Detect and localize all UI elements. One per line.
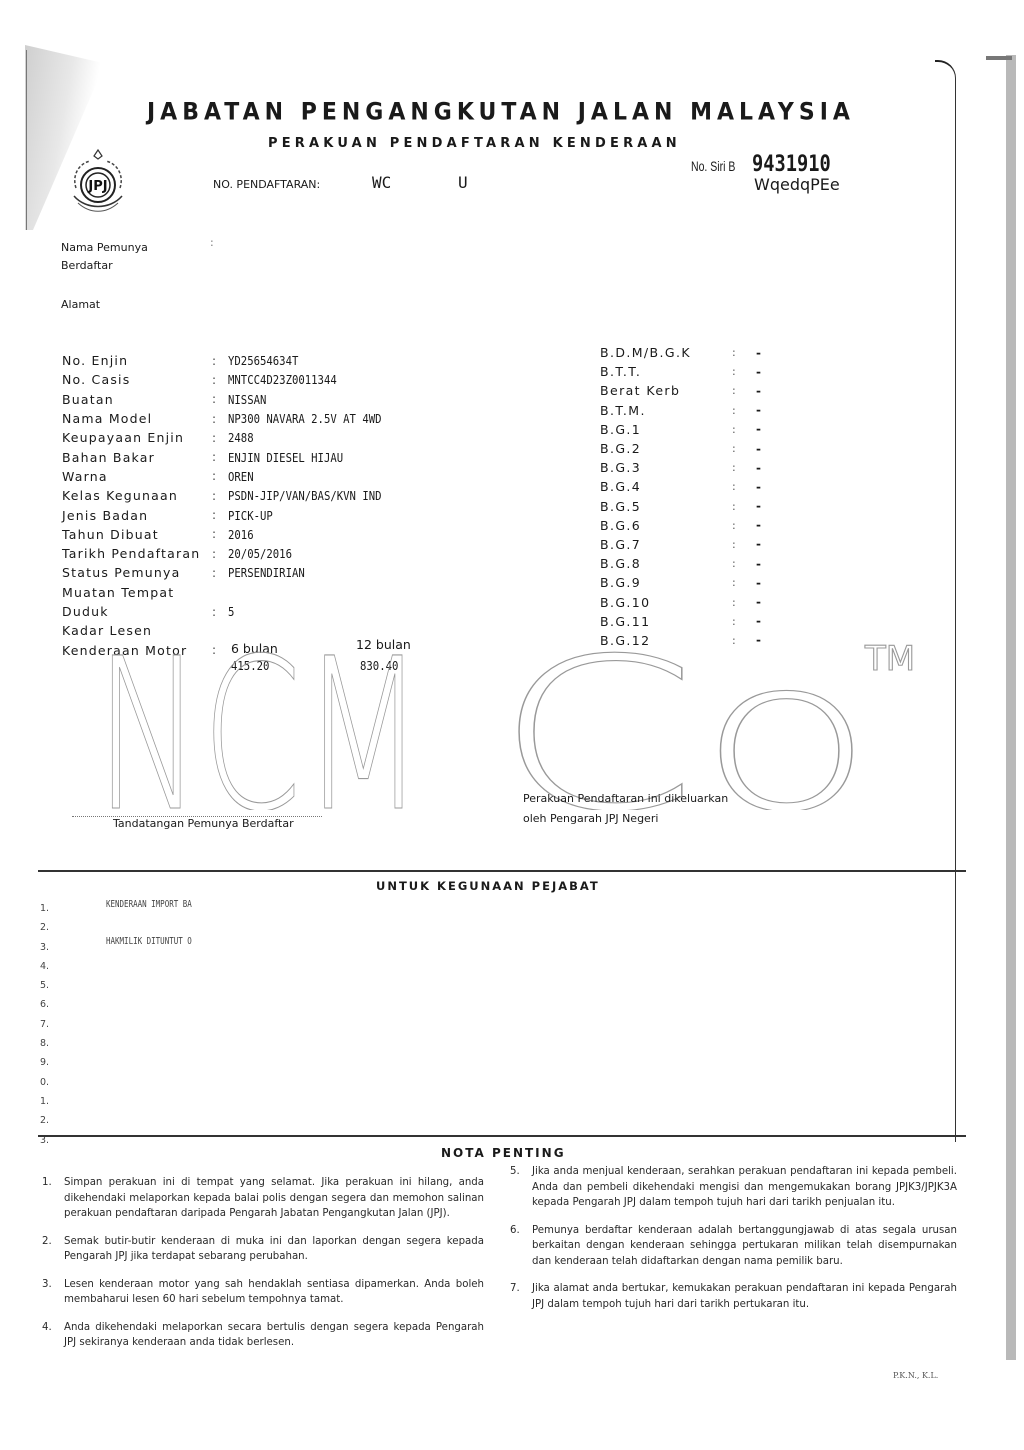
note-item: 3.Lesen kenderaan motor yang sah hendakl… <box>42 1277 484 1308</box>
detail-label: Kenderaan Motor <box>62 643 212 658</box>
weight-row: B.G.9:- <box>600 573 761 592</box>
detail-row: Keupayaan Enjin:2488 <box>62 428 409 447</box>
weight-label: B.T.M. <box>600 403 732 418</box>
weight-colon: : <box>732 519 756 532</box>
weight-row: B.G.12:- <box>600 631 761 650</box>
note-item: 2.Semak butir-butir kenderaan di muka in… <box>42 1234 484 1265</box>
detail-label: Tarikh Pendaftaran <box>62 546 212 561</box>
jpj-crest-icon: JPJ <box>68 148 128 216</box>
detail-colon: : <box>212 527 228 541</box>
document-title: PERAKUAN PENDAFTARAN KENDERAAN <box>268 136 681 151</box>
detail-value: MNTCC4D23Z0011344 <box>228 372 337 387</box>
office-line-numbers: 1.2.3.4.5.6.7.8.9.0.1.2.3. <box>40 903 49 1154</box>
detail-colon: : <box>212 450 228 464</box>
weight-value: - <box>756 576 761 590</box>
weight-label: B.G.9 <box>600 575 732 590</box>
address-label: Alamat <box>61 298 100 311</box>
detail-row: Duduk:5 <box>62 602 409 621</box>
weight-row: B.G.1:- <box>600 420 761 439</box>
owner-signature-label: Tandatangan Pemunya Berdaftar <box>113 817 294 830</box>
rate-6-month-label: 6 bulan <box>231 641 278 656</box>
detail-row: Jenis Badan:PICK-UP <box>62 505 409 524</box>
note-number: 5. <box>510 1164 532 1211</box>
office-line-number: 5. <box>40 980 49 999</box>
detail-label: Jenis Badan <box>62 508 212 523</box>
rate-12-month-value: 830.40 <box>360 658 398 673</box>
detail-colon: : <box>212 412 228 426</box>
issued-by-line-2: oleh Pengarah JPJ Negeri <box>523 812 658 825</box>
detail-value: 2016 <box>228 527 254 542</box>
detail-value: YD25654634T <box>228 353 298 368</box>
detail-value: 5 <box>228 604 234 619</box>
detail-label: Keupayaan Enjin <box>62 430 212 445</box>
weight-details: B.D.M/B.G.K:-B.T.T.:-Berat Kerb:-B.T.M.:… <box>600 343 761 650</box>
detail-colon: : <box>212 508 228 522</box>
svg-text:JPJ: JPJ <box>87 179 107 194</box>
weight-value: - <box>756 365 761 379</box>
note-number: 3. <box>42 1277 64 1308</box>
weight-label: Berat Kerb <box>600 383 732 398</box>
weight-label: B.G.7 <box>600 537 732 552</box>
detail-colon: : <box>212 605 228 619</box>
svg-text:TM: TM <box>864 640 915 679</box>
weight-value: - <box>756 346 761 360</box>
scan-edge-mark <box>986 56 1012 60</box>
note-text: Anda dikehendaki melaporkan secara bertu… <box>64 1320 484 1351</box>
detail-label: Bahan Bakar <box>62 450 212 465</box>
office-line-number: 2. <box>40 922 49 941</box>
weight-row: B.T.M.:- <box>600 401 761 420</box>
note-text: Lesen kenderaan motor yang sah hendaklah… <box>64 1277 484 1308</box>
note-item: 1.Simpan perakuan ini di tempat yang sel… <box>42 1175 484 1222</box>
weight-row: B.G.5:- <box>600 497 761 516</box>
detail-label: No. Casis <box>62 372 212 387</box>
weight-colon: : <box>732 404 756 417</box>
weight-row: B.T.T.:- <box>600 362 761 381</box>
note-number: 6. <box>510 1223 532 1270</box>
weight-label: B.T.T. <box>600 364 732 379</box>
note-number: 1. <box>42 1175 64 1222</box>
serial-label: No. Siri B <box>691 158 735 174</box>
rate-12-month-label: 12 bulan <box>356 637 411 652</box>
weight-colon: : <box>732 384 756 397</box>
note-text: Pemunya berdaftar kenderaan adalah berta… <box>532 1223 957 1270</box>
detail-label: No. Enjin <box>62 353 212 368</box>
detail-row: Muatan Tempat <box>62 583 409 602</box>
office-section-divider <box>38 870 966 872</box>
weight-row: B.G.4:- <box>600 477 761 496</box>
owner-name-label: Nama Pemunya Berdaftar <box>61 239 181 275</box>
detail-value: PICK-UP <box>228 508 273 523</box>
office-line-number: 0. <box>40 1077 49 1096</box>
weight-row: B.G.8:- <box>600 554 761 573</box>
detail-label: Tahun Dibuat <box>62 527 212 542</box>
office-line-number: 3. <box>40 942 49 961</box>
weight-colon: : <box>732 442 756 455</box>
detail-label: Duduk <box>62 604 212 619</box>
detail-label: Buatan <box>62 392 212 407</box>
weight-label: B.G.4 <box>600 479 732 494</box>
printer-mark: P.K.N., K.L. <box>893 1371 938 1380</box>
weight-colon: : <box>732 615 756 628</box>
detail-colon: : <box>212 489 228 503</box>
weight-label: B.G.1 <box>600 422 732 437</box>
weight-label: B.G.10 <box>600 595 732 610</box>
note-text: Simpan perakuan ini di tempat yang selam… <box>64 1175 484 1222</box>
weight-colon: : <box>732 557 756 570</box>
office-line-number: 4. <box>40 961 49 980</box>
detail-colon: : <box>212 469 228 483</box>
note-text: Semak butir-butir kenderaan di muka ini … <box>64 1234 484 1265</box>
weight-value: - <box>756 442 761 456</box>
note-item: 6.Pemunya berdaftar kenderaan adalah ber… <box>510 1223 957 1270</box>
weight-label: B.G.3 <box>600 460 732 475</box>
weight-row: B.G.7:- <box>600 535 761 554</box>
detail-colon: : <box>212 354 228 368</box>
detail-value: OREN <box>228 469 254 484</box>
detail-value: 2488 <box>228 430 254 445</box>
detail-row: Tahun Dibuat:2016 <box>62 525 409 544</box>
detail-label: Kadar Lesen <box>62 623 212 638</box>
weight-colon: : <box>732 576 756 589</box>
weight-row: B.G.3:- <box>600 458 761 477</box>
weight-row: Berat Kerb:- <box>600 381 761 400</box>
office-line-number: 1. <box>40 903 49 922</box>
office-entry-1: KENDERAAN IMPORT BA <box>106 899 192 910</box>
weight-colon: : <box>732 538 756 551</box>
detail-colon: : <box>212 431 228 445</box>
detail-colon: : <box>212 547 228 561</box>
note-item: 4.Anda dikehendaki melaporkan secara ber… <box>42 1320 484 1351</box>
detail-row: Status Pemunya:PERSENDIRIAN <box>62 563 409 582</box>
weight-value: - <box>756 403 761 417</box>
detail-value: ENJIN DIESEL HIJAU <box>228 450 343 465</box>
weight-label: B.G.2 <box>600 441 732 456</box>
weight-colon: : <box>732 500 756 513</box>
note-text: Jika alamat anda bertukar, kemukakan per… <box>532 1281 957 1312</box>
detail-row: No. Casis:MNTCC4D23Z0011344 <box>62 370 409 389</box>
detail-value: NP300 NAVARA 2.5V AT 4WD <box>228 411 382 426</box>
notes-right-column: 5.Jika anda menjual kenderaan, serahkan … <box>510 1164 957 1324</box>
detail-label: Kelas Kegunaan <box>62 488 212 503</box>
svg-text:Co: Co <box>495 640 875 810</box>
detail-value: 20/05/2016 <box>228 546 292 561</box>
note-number: 7. <box>510 1281 532 1312</box>
registration-value-suffix: U <box>458 173 468 192</box>
office-line-number: 8. <box>40 1038 49 1057</box>
weight-row: B.D.M/B.G.K:- <box>600 343 761 362</box>
owner-name-colon: : <box>210 236 214 249</box>
weight-colon: : <box>732 634 756 647</box>
office-entry-2: HAKMILIK DITUNTUT O <box>106 936 192 947</box>
weight-value: - <box>756 614 761 628</box>
weight-colon: : <box>732 423 756 436</box>
weight-colon: : <box>732 346 756 359</box>
note-item: 5.Jika anda menjual kenderaan, serahkan … <box>510 1164 957 1211</box>
weight-label: B.G.5 <box>600 499 732 514</box>
notes-title: NOTA PENTING <box>441 1146 566 1160</box>
detail-colon: : <box>212 566 228 580</box>
note-number: 2. <box>42 1234 64 1265</box>
weight-value: - <box>756 518 761 532</box>
detail-row: No. Enjin:YD25654634T <box>62 351 409 370</box>
weight-value: - <box>756 633 761 647</box>
office-line-number: 6. <box>40 999 49 1018</box>
scan-edge-strip <box>1006 55 1016 1360</box>
weight-label: B.G.11 <box>600 614 732 629</box>
office-line-number: 1. <box>40 1096 49 1115</box>
office-line-number: 3. <box>40 1135 49 1154</box>
serial-number: 9431910 <box>752 152 831 177</box>
detail-row: Tarikh Pendaftaran:20/05/2016 <box>62 544 409 563</box>
weight-label: B.G.6 <box>600 518 732 533</box>
detail-row: Warna:OREN <box>62 467 409 486</box>
detail-label: Nama Model <box>62 411 212 426</box>
office-line-number: 9. <box>40 1057 49 1076</box>
vehicle-details: No. Enjin:YD25654634TNo. Casis:MNTCC4D23… <box>62 351 409 660</box>
serial-code: WqedqPEe <box>754 175 840 194</box>
rate-6-month-value: 415.20 <box>231 658 269 673</box>
weight-value: - <box>756 422 761 436</box>
registration-value: WC <box>372 173 391 192</box>
detail-row: Buatan:NISSAN <box>62 390 409 409</box>
office-line-number: 7. <box>40 1019 49 1038</box>
weight-row: B.G.11:- <box>600 612 761 631</box>
detail-value: PSDN-JIP/VAN/BAS/KVN IND <box>228 488 382 503</box>
weight-value: - <box>756 595 761 609</box>
weight-colon: : <box>732 596 756 609</box>
notes-left-column: 1.Simpan perakuan ini di tempat yang sel… <box>42 1175 484 1363</box>
notes-section-divider <box>38 1135 966 1137</box>
weight-colon: : <box>732 365 756 378</box>
detail-label: Muatan Tempat <box>62 585 212 600</box>
detail-value: NISSAN <box>228 392 266 407</box>
note-number: 4. <box>42 1320 64 1351</box>
weight-value: - <box>756 537 761 551</box>
weight-row: B.G.6:- <box>600 516 761 535</box>
detail-colon: : <box>212 373 228 387</box>
detail-value: PERSENDIRIAN <box>228 565 305 580</box>
weight-row: B.G.2:- <box>600 439 761 458</box>
weight-value: - <box>756 557 761 571</box>
scan-fold-edge <box>26 50 27 230</box>
detail-row: Nama Model:NP300 NAVARA 2.5V AT 4WD <box>62 409 409 428</box>
note-item: 7.Jika alamat anda bertukar, kemukakan p… <box>510 1281 957 1312</box>
office-use-title: UNTUK KEGUNAAN PEJABAT <box>376 879 600 893</box>
weight-row: B.G.10:- <box>600 592 761 611</box>
detail-label: Status Pemunya <box>62 565 212 580</box>
detail-colon: : <box>212 392 228 406</box>
detail-label: Warna <box>62 469 212 484</box>
office-line-number: 2. <box>40 1115 49 1134</box>
weight-label: B.G.8 <box>600 556 732 571</box>
weight-label: B.D.M/B.G.K <box>600 345 732 360</box>
weight-value: - <box>756 461 761 475</box>
weight-colon: : <box>732 480 756 493</box>
detail-colon: : <box>212 643 228 657</box>
detail-row: Bahan Bakar:ENJIN DIESEL HIJAU <box>62 447 409 466</box>
note-text: Jika anda menjual kenderaan, serahkan pe… <box>532 1164 957 1211</box>
issued-by-line-1: Perakuan Pendaftaran ini dikeluarkan <box>523 792 728 805</box>
weight-colon: : <box>732 461 756 474</box>
weight-label: B.G.12 <box>600 633 732 648</box>
agency-title: JABATAN PENGANGKUTAN JALAN MALAYSIA <box>147 99 855 127</box>
weight-value: - <box>756 480 761 494</box>
ncmco-watermark: NCM Co TM <box>95 640 935 810</box>
document-border <box>935 60 956 1142</box>
registration-label: NO. PENDAFTARAN: <box>213 178 320 191</box>
weight-value: - <box>756 499 761 513</box>
detail-row: Kelas Kegunaan:PSDN-JIP/VAN/BAS/KVN IND <box>62 486 409 505</box>
weight-value: - <box>756 384 761 398</box>
